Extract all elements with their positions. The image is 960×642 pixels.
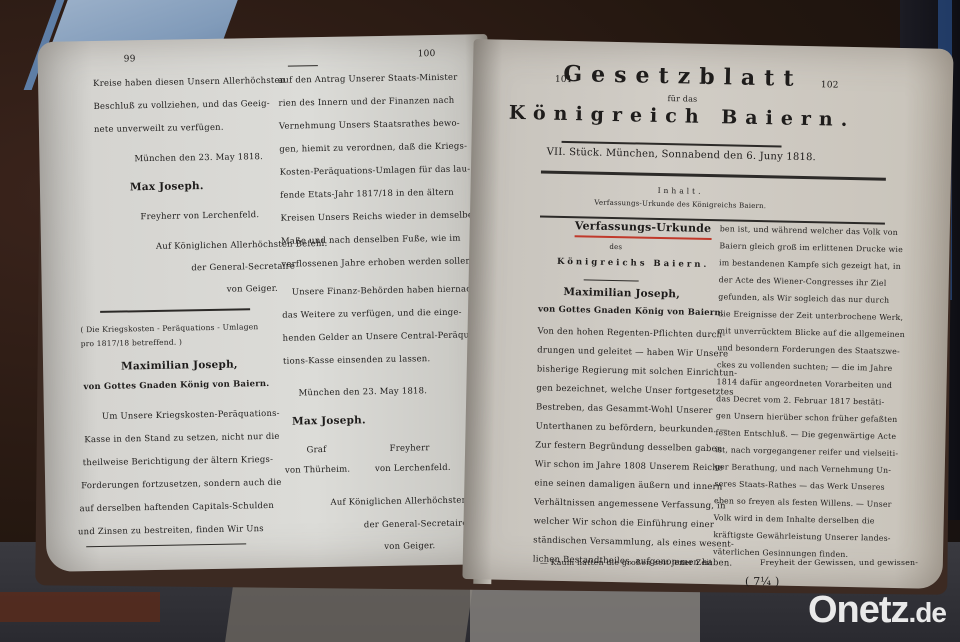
- constitution-left-column: Verfassungs-Urkunde des Königreichs Baie…: [474, 39, 954, 49]
- footnote: ( Die Kriegskosten - Peräquations - Umla…: [80, 320, 260, 351]
- secretary-title: der General-Secretaire: [191, 256, 295, 281]
- watermark-brand: Onetz: [808, 589, 909, 631]
- text-line: henden Gelder an Unsere Central-Peräqua-: [282, 324, 477, 351]
- page-number: 99: [124, 48, 136, 72]
- photo-scene: 99 100 Kreise haben diesen Unsern Allerh…: [0, 0, 960, 642]
- text-line: verflossenen Jahre erhoben werden sollen…: [281, 250, 474, 277]
- secretary-title: der General-Secretaire,: [364, 512, 471, 537]
- page-number: 100: [417, 43, 435, 67]
- header-rule: [288, 65, 318, 67]
- watermark-tld: .de: [909, 597, 946, 628]
- text-line: — Kaum hatten die großen seit jener Zeit: [540, 555, 712, 571]
- section-kingdom: Königreichs Baiern.: [557, 251, 710, 278]
- book-right-page: 101 102 Gesetzblatt für das Königreich B…: [462, 39, 953, 589]
- section-title: Verfassungs-Urkunde: [575, 217, 712, 240]
- background-red-object: [0, 592, 160, 622]
- section-divider: [100, 308, 250, 313]
- book-left-page: 99 100 Kreise haben diesen Unsern Allerh…: [37, 34, 496, 572]
- onetz-watermark: Onetz.de: [808, 589, 946, 632]
- constitution-right-column: ben ist, und während welcher das Volk vo…: [474, 39, 954, 49]
- date-line: München den 23. May 1818.: [134, 146, 263, 172]
- text-line: Freyheit der Gewissen, und gewissen-: [760, 555, 918, 571]
- countersignature: Freyherr von Lerchenfeld.: [140, 204, 259, 230]
- text-line: nete unverweilt zu verfügen.: [94, 117, 224, 143]
- king-title: von Gottes Gnaden König von Baiern.: [538, 298, 724, 325]
- signature: Max Joseph.: [130, 175, 204, 200]
- baron-name: von Lerchenfeld.: [375, 457, 451, 482]
- count-name: von Thürheim.: [285, 459, 351, 484]
- date-line: München den 23. May 1818.: [298, 380, 427, 406]
- text-line: und Zinsen zu bestreiten, finden Wir Uns: [78, 518, 264, 545]
- issue-line: VII. Stück. München, Sonnabend den 6. Ju…: [471, 139, 891, 171]
- text-line: Beschluß zu vollziehen, und das Geeig-: [93, 93, 270, 120]
- king-title: von Gottes Gnaden König von Baiern.: [83, 373, 269, 400]
- secretary-name: von Geiger.: [384, 535, 436, 559]
- signature-mark: ( 7¼ ): [745, 570, 779, 594]
- signature: Max Joseph.: [292, 409, 366, 434]
- secretary-name: von Geiger.: [227, 278, 279, 302]
- text-line: tions-Kasse einsenden zu lassen.: [283, 348, 431, 374]
